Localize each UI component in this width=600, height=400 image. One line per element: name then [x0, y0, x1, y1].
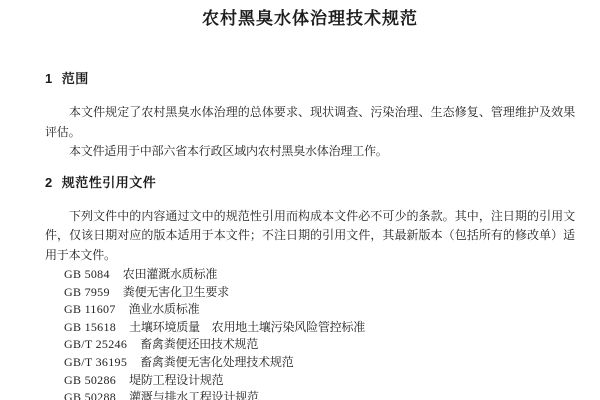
scope-paragraph-1: 本文件规定了农村黑臭水体治理的总体要求、现状调查、污染治理、生态修复、管理维护及… — [45, 103, 575, 142]
reference-code: GB 50286 — [64, 372, 116, 390]
reference-item: GB 11607渔业水质标准 — [64, 301, 575, 319]
references-intro-paragraph: 下列文件中的内容通过文中的规范性引用而构成本文件必不可少的条款。其中，注日期的引… — [45, 207, 575, 266]
references-list: GB 5084农田灌溉水质标准 GB 7959粪便无害化卫生要求 GB 1160… — [45, 266, 575, 400]
reference-item: GB/T 25246畜禽粪便还田技术规范 — [64, 336, 575, 354]
reference-name: 土壤环境质量 农用地土壤污染风险管控标准 — [129, 320, 365, 334]
reference-code: GB/T 36195 — [64, 354, 127, 372]
reference-item: GB 7959粪便无害化卫生要求 — [64, 284, 575, 302]
reference-item: GB/T 36195畜禽粪便无害化处理技术规范 — [64, 354, 575, 372]
scope-paragraph-2: 本文件适用于中部六省本行政区域内农村黑臭水体治理工作。 — [45, 142, 575, 162]
reference-item: GB 50288灌溉与排水工程设计规范 — [64, 389, 575, 400]
section-1-title: 范围 — [62, 71, 89, 86]
document-title: 农村黑臭水体治理技术规范 — [45, 9, 575, 29]
document-page: 农村黑臭水体治理技术规范 1范围 本文件规定了农村黑臭水体治理的总体要求、现状调… — [0, 0, 600, 400]
reference-code: GB 11607 — [64, 301, 116, 319]
reference-name: 粪便无害化卫生要求 — [123, 285, 229, 299]
reference-item: GB 5084农田灌溉水质标准 — [64, 266, 575, 284]
reference-item: GB 50286堤防工程设计规范 — [64, 372, 575, 390]
reference-code: GB/T 25246 — [64, 336, 127, 354]
reference-name: 畜禽粪便还田技术规范 — [140, 337, 258, 351]
reference-name: 堤防工程设计规范 — [129, 373, 223, 387]
reference-code: GB 7959 — [64, 284, 110, 302]
reference-code: GB 50288 — [64, 389, 116, 400]
reference-code: GB 5084 — [64, 266, 110, 284]
section-1-number: 1 — [45, 72, 53, 86]
section-2-title: 规范性引用文件 — [62, 175, 157, 190]
section-2-number: 2 — [45, 176, 53, 190]
reference-name: 灌溉与排水工程设计规范 — [129, 390, 259, 400]
reference-item: GB 15618土壤环境质量 农用地土壤污染风险管控标准 — [64, 319, 575, 337]
reference-name: 农田灌溉水质标准 — [123, 267, 217, 281]
reference-name: 渔业水质标准 — [129, 302, 200, 316]
section-2-heading: 2规范性引用文件 — [45, 176, 575, 190]
reference-name: 畜禽粪便无害化处理技术规范 — [140, 355, 293, 369]
reference-code: GB 15618 — [64, 319, 116, 337]
section-1-heading: 1范围 — [45, 72, 575, 86]
